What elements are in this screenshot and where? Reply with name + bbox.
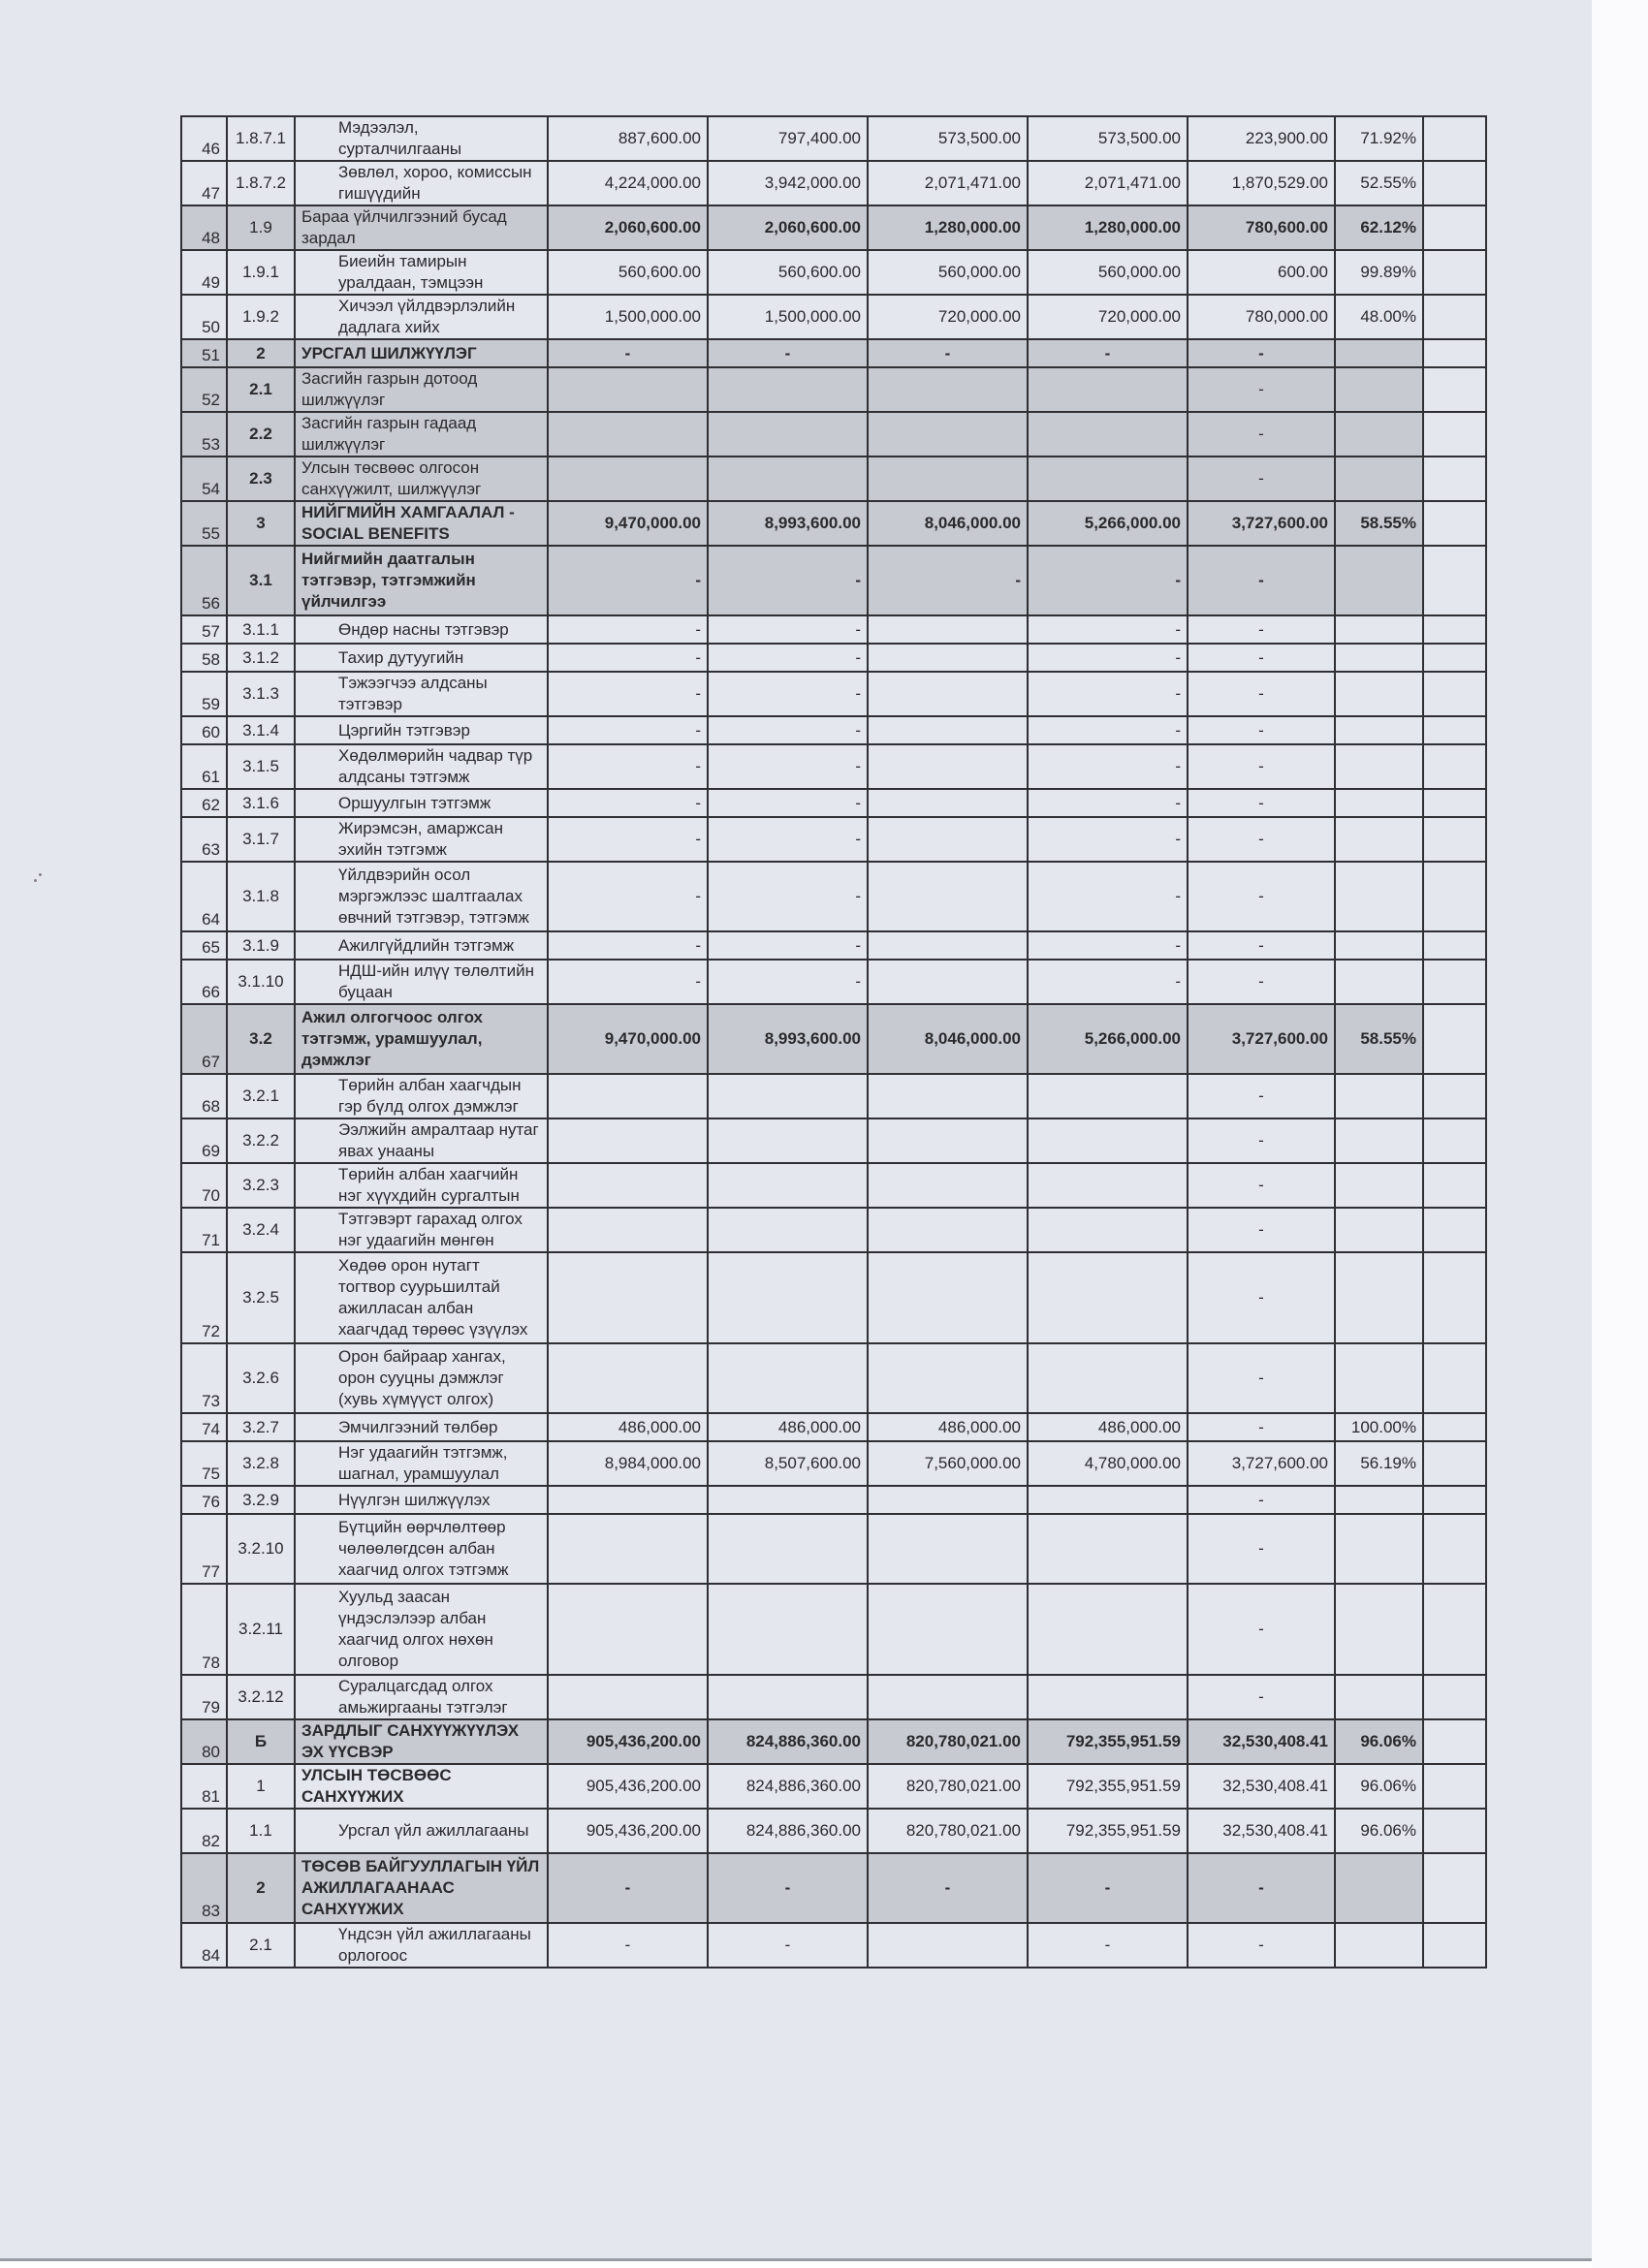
empty-cell — [1423, 1923, 1486, 1968]
row-number: 75 — [181, 1441, 227, 1486]
value-cell-1: - — [548, 716, 708, 744]
percent-cell — [1335, 789, 1423, 817]
row-code: 3.1.3 — [227, 672, 295, 716]
percent-cell — [1335, 615, 1423, 644]
value-cell-1: - — [548, 1853, 708, 1923]
value-cell-5: - — [1188, 1252, 1335, 1343]
row-code: 3.1.6 — [227, 789, 295, 817]
empty-cell — [1423, 817, 1486, 862]
value-cell-4: - — [1028, 339, 1188, 367]
row-description: УЛСЫН ТӨСВӨӨС САНХҮҮЖИХ — [295, 1764, 548, 1809]
percent-cell — [1335, 716, 1423, 744]
row-code: 1.9.1 — [227, 250, 295, 295]
value-cell-3 — [868, 716, 1028, 744]
empty-cell — [1423, 161, 1486, 205]
value-cell-2: - — [708, 931, 868, 960]
empty-cell — [1423, 295, 1486, 339]
value-cell-4: 792,355,951.59 — [1028, 1764, 1188, 1809]
value-cell-1: 4,224,000.00 — [548, 161, 708, 205]
percent-cell — [1335, 1118, 1423, 1163]
row-number: 81 — [181, 1764, 227, 1809]
row-number: 67 — [181, 1004, 227, 1074]
table-row: 773.2.10Бүтцийн өөрчлөлтөөр чөлөөлөгдсөн… — [181, 1514, 1486, 1584]
value-cell-4 — [1028, 1074, 1188, 1118]
row-description: Хөдөлмөрийн чадвар түр алдсаны тэтгэмж — [295, 744, 548, 789]
value-cell-4: 1,280,000.00 — [1028, 205, 1188, 250]
table-row: 623.1.6Оршуулгын тэтгэмж---- — [181, 789, 1486, 817]
row-code: 3.2.4 — [227, 1208, 295, 1252]
row-number: 80 — [181, 1719, 227, 1764]
row-description: Тэтгэвэрт гарахад олгох нэг удаагийн мөн… — [295, 1208, 548, 1252]
value-cell-1 — [548, 1514, 708, 1584]
row-number: 49 — [181, 250, 227, 295]
row-code: 1.9.2 — [227, 295, 295, 339]
value-cell-5: 32,530,408.41 — [1188, 1809, 1335, 1853]
row-description: Засгийн газрын гадаад шилжүүлэг — [295, 412, 548, 457]
percent-cell: 62.12% — [1335, 205, 1423, 250]
budget-table: 461.8.7.1Мэдээлэл, сурталчилгааны887,600… — [180, 115, 1487, 1969]
percent-cell — [1335, 339, 1423, 367]
value-cell-5: - — [1188, 412, 1335, 457]
value-cell-3 — [868, 1163, 1028, 1208]
row-description: ТӨСӨВ БАЙГУУЛЛАГЫН ҮЙЛ АЖИЛЛАГААНААС САН… — [295, 1853, 548, 1923]
value-cell-4 — [1028, 1514, 1188, 1584]
empty-cell — [1423, 1413, 1486, 1441]
row-description: Үндсэн үйл ажиллагааны орлогоос — [295, 1923, 548, 1968]
table-row: 593.1.3Тэжээгчээ алдсаны тэтгэвэр---- — [181, 672, 1486, 716]
row-description: Хичээл үйлдвэрлэлийн дадлага хийх — [295, 295, 548, 339]
row-number: 74 — [181, 1413, 227, 1441]
value-cell-4: 4,780,000.00 — [1028, 1441, 1188, 1486]
value-cell-1: - — [548, 1923, 708, 1968]
value-cell-4 — [1028, 1584, 1188, 1675]
row-description: Ажил олгогчоос олгох тэтгэмж, урамшуулал… — [295, 1004, 548, 1074]
table-row: 481.9Бараа үйлчилгээний бусад зардал2,06… — [181, 205, 1486, 250]
value-cell-1 — [548, 1074, 708, 1118]
row-number: 51 — [181, 339, 227, 367]
percent-cell: 99.89% — [1335, 250, 1423, 295]
value-cell-2 — [708, 1584, 868, 1675]
value-cell-1: 2,060,600.00 — [548, 205, 708, 250]
empty-cell — [1423, 1514, 1486, 1584]
table-row: 683.2.1Төрийн албан хаагчдын гэр бүлд ол… — [181, 1074, 1486, 1118]
percent-cell — [1335, 412, 1423, 457]
value-cell-5: - — [1188, 789, 1335, 817]
percent-cell — [1335, 367, 1423, 412]
value-cell-1: 905,436,200.00 — [548, 1764, 708, 1809]
row-number: 70 — [181, 1163, 227, 1208]
value-cell-2 — [708, 1163, 868, 1208]
scanned-page: 461.8.7.1Мэдээлэл, сурталчилгааны887,600… — [0, 0, 1592, 2261]
table-row: 532.2Засгийн газрын гадаад шилжүүлэг- — [181, 412, 1486, 457]
row-code: 3.1.4 — [227, 716, 295, 744]
row-description: Жирэмсэн, амаржсан эхийн тэтгэмж — [295, 817, 548, 862]
value-cell-3 — [868, 1208, 1028, 1252]
row-code: 3.1.10 — [227, 960, 295, 1004]
value-cell-2: - — [708, 817, 868, 862]
value-cell-1: 9,470,000.00 — [548, 501, 708, 546]
row-description: Бүтцийн өөрчлөлтөөр чөлөөлөгдсөн албан х… — [295, 1514, 548, 1584]
value-cell-1: - — [548, 960, 708, 1004]
value-cell-4: - — [1028, 644, 1188, 672]
percent-cell — [1335, 1514, 1423, 1584]
value-cell-5: - — [1188, 1584, 1335, 1675]
value-cell-2 — [708, 412, 868, 457]
empty-cell — [1423, 789, 1486, 817]
row-number: 61 — [181, 744, 227, 789]
value-cell-1 — [548, 412, 708, 457]
percent-cell: 71.92% — [1335, 116, 1423, 161]
row-code: 3.1.1 — [227, 615, 295, 644]
empty-cell — [1423, 644, 1486, 672]
row-description: Хөдөө орон нутагт тогтвор суурьшилтай аж… — [295, 1252, 548, 1343]
table-row: 573.1.1Өндөр насны тэтгэвэр---- — [181, 615, 1486, 644]
value-cell-1: - — [548, 672, 708, 716]
empty-cell — [1423, 1675, 1486, 1719]
row-number: 46 — [181, 116, 227, 161]
value-cell-4: 720,000.00 — [1028, 295, 1188, 339]
row-code: 2.2 — [227, 412, 295, 457]
row-code: 2.1 — [227, 1923, 295, 1968]
value-cell-4: - — [1028, 1923, 1188, 1968]
table-row: 753.2.8Нэг удаагийн тэтгэмж, шагнал, ура… — [181, 1441, 1486, 1486]
value-cell-5: 3,727,600.00 — [1188, 1441, 1335, 1486]
empty-cell — [1423, 367, 1486, 412]
row-number: 73 — [181, 1343, 227, 1413]
row-number: 76 — [181, 1486, 227, 1514]
value-cell-4 — [1028, 1208, 1188, 1252]
table-body: 461.8.7.1Мэдээлэл, сурталчилгааны887,600… — [181, 116, 1486, 1968]
percent-cell: 58.55% — [1335, 1004, 1423, 1074]
value-cell-5: 32,530,408.41 — [1188, 1719, 1335, 1764]
value-cell-5: - — [1188, 1074, 1335, 1118]
value-cell-2: 3,942,000.00 — [708, 161, 868, 205]
value-cell-3 — [868, 412, 1028, 457]
value-cell-4: - — [1028, 789, 1188, 817]
value-cell-2: 560,600.00 — [708, 250, 868, 295]
value-cell-1 — [548, 367, 708, 412]
value-cell-3 — [868, 367, 1028, 412]
row-description: Бараа үйлчилгээний бусад зардал — [295, 205, 548, 250]
value-cell-3 — [868, 1923, 1028, 1968]
value-cell-2: - — [708, 862, 868, 931]
value-cell-2: 8,993,600.00 — [708, 1004, 868, 1074]
value-cell-5: 3,727,600.00 — [1188, 501, 1335, 546]
row-description: Ажилгүйдлийн тэтгэмж — [295, 931, 548, 960]
value-cell-5: - — [1188, 1675, 1335, 1719]
value-cell-4: 573,500.00 — [1028, 116, 1188, 161]
table-row: 471.8.7.2Зөвлөл, хороо, комиссын гишүүди… — [181, 161, 1486, 205]
row-description: УРСГАЛ ШИЛЖҮҮЛЭГ — [295, 339, 548, 367]
empty-cell — [1423, 1252, 1486, 1343]
row-description: Нэг удаагийн тэтгэмж, шагнал, урамшуулал — [295, 1441, 548, 1486]
value-cell-5: 3,727,600.00 — [1188, 1004, 1335, 1074]
value-cell-2: 2,060,600.00 — [708, 205, 868, 250]
empty-cell — [1423, 960, 1486, 1004]
empty-cell — [1423, 412, 1486, 457]
value-cell-3 — [868, 615, 1028, 644]
table-row: 643.1.8Үйлдвэрийн осол мэргэжлээс шалтга… — [181, 862, 1486, 931]
percent-cell — [1335, 744, 1423, 789]
value-cell-1 — [548, 1118, 708, 1163]
value-cell-5: 1,870,529.00 — [1188, 161, 1335, 205]
row-description: Зөвлөл, хороо, комиссын гишүүдийн — [295, 161, 548, 205]
row-number: 58 — [181, 644, 227, 672]
row-code: 3.2.1 — [227, 1074, 295, 1118]
value-cell-5: - — [1188, 1514, 1335, 1584]
value-cell-1: - — [548, 546, 708, 615]
value-cell-5: - — [1188, 960, 1335, 1004]
value-cell-4: - — [1028, 546, 1188, 615]
value-cell-5: 223,900.00 — [1188, 116, 1335, 161]
percent-cell — [1335, 960, 1423, 1004]
empty-cell — [1423, 250, 1486, 295]
percent-cell — [1335, 1343, 1423, 1413]
row-code: 3 — [227, 501, 295, 546]
value-cell-4 — [1028, 1486, 1188, 1514]
row-description: Нүүлгэн шилжүүлэх — [295, 1486, 548, 1514]
table-row: 821.1Урсгал үйл ажиллагааны905,436,200.0… — [181, 1809, 1486, 1853]
value-cell-4: 5,266,000.00 — [1028, 1004, 1188, 1074]
empty-cell — [1423, 1208, 1486, 1252]
value-cell-2: - — [708, 546, 868, 615]
value-cell-4: - — [1028, 672, 1188, 716]
row-code: 3.1.5 — [227, 744, 295, 789]
value-cell-2: 1,500,000.00 — [708, 295, 868, 339]
percent-cell — [1335, 1584, 1423, 1675]
empty-cell — [1423, 1118, 1486, 1163]
row-code: 3.2.12 — [227, 1675, 295, 1719]
value-cell-2 — [708, 1514, 868, 1584]
value-cell-1 — [548, 1675, 708, 1719]
value-cell-5: - — [1188, 862, 1335, 931]
table-row: 832ТӨСӨВ БАЙГУУЛЛАГЫН ҮЙЛ АЖИЛЛАГААНААС … — [181, 1853, 1486, 1923]
value-cell-3: 486,000.00 — [868, 1413, 1028, 1441]
percent-cell — [1335, 457, 1423, 501]
table-row: 743.2.7Эмчилгээний төлбөр486,000.00486,0… — [181, 1413, 1486, 1441]
percent-cell: 100.00% — [1335, 1413, 1423, 1441]
row-description: Хуульд заасан үндэслэлээр албан хаагчид … — [295, 1584, 548, 1675]
table-row: 783.2.11Хуульд заасан үндэслэлээр албан … — [181, 1584, 1486, 1675]
value-cell-5: - — [1188, 1486, 1335, 1514]
empty-cell — [1423, 1719, 1486, 1764]
row-number: 82 — [181, 1809, 227, 1853]
row-number: 50 — [181, 295, 227, 339]
value-cell-3 — [868, 1486, 1028, 1514]
table-row: 613.1.5Хөдөлмөрийн чадвар түр алдсаны тэ… — [181, 744, 1486, 789]
value-cell-2: 8,507,600.00 — [708, 1441, 868, 1486]
value-cell-2 — [708, 457, 868, 501]
percent-cell: 96.06% — [1335, 1764, 1423, 1809]
value-cell-4: 560,000.00 — [1028, 250, 1188, 295]
scan-speck — [39, 873, 42, 876]
value-cell-5: - — [1188, 1163, 1335, 1208]
row-number: 47 — [181, 161, 227, 205]
row-description: Тахир дутуугийн — [295, 644, 548, 672]
value-cell-3: 1,280,000.00 — [868, 205, 1028, 250]
row-code: 3.1.2 — [227, 644, 295, 672]
table-row: 542.3Улсын төсвөөс олгосон санхүүжилт, ш… — [181, 457, 1486, 501]
row-description: Өндөр насны тэтгэвэр — [295, 615, 548, 644]
row-description: Суралцагсдад олгох амьжиргааны тэтгэлэг — [295, 1675, 548, 1719]
percent-cell — [1335, 817, 1423, 862]
value-cell-5: - — [1188, 931, 1335, 960]
row-code: 1.9 — [227, 205, 295, 250]
percent-cell — [1335, 1853, 1423, 1923]
value-cell-3: 720,000.00 — [868, 295, 1028, 339]
value-cell-3 — [868, 1584, 1028, 1675]
table-row: 842.1Үндсэн үйл ажиллагааны орлогоос---- — [181, 1923, 1486, 1968]
value-cell-2: 486,000.00 — [708, 1413, 868, 1441]
value-cell-4: - — [1028, 960, 1188, 1004]
row-number: 71 — [181, 1208, 227, 1252]
value-cell-3 — [868, 789, 1028, 817]
row-description: ЗАРДЛЫГ САНХҮҮЖҮҮЛЭХ ЭХ ҮҮСВЭР — [295, 1719, 548, 1764]
value-cell-4: - — [1028, 862, 1188, 931]
value-cell-3 — [868, 960, 1028, 1004]
value-cell-4: - — [1028, 931, 1188, 960]
value-cell-5: 780,600.00 — [1188, 205, 1335, 250]
value-cell-5: - — [1188, 1923, 1335, 1968]
value-cell-3: - — [868, 546, 1028, 615]
value-cell-3: 820,780,021.00 — [868, 1809, 1028, 1853]
value-cell-1: - — [548, 644, 708, 672]
empty-cell — [1423, 672, 1486, 716]
empty-cell — [1423, 457, 1486, 501]
scanner-margin — [1592, 0, 1648, 2268]
row-number: 52 — [181, 367, 227, 412]
row-number: 72 — [181, 1252, 227, 1343]
row-number: 59 — [181, 672, 227, 716]
value-cell-1: 887,600.00 — [548, 116, 708, 161]
value-cell-2 — [708, 1675, 868, 1719]
value-cell-3 — [868, 1074, 1028, 1118]
value-cell-4: 2,071,471.00 — [1028, 161, 1188, 205]
value-cell-4 — [1028, 1343, 1188, 1413]
value-cell-1: 9,470,000.00 — [548, 1004, 708, 1074]
empty-cell — [1423, 501, 1486, 546]
row-number: 57 — [181, 615, 227, 644]
value-cell-4: - — [1028, 817, 1188, 862]
row-code: 1.8.7.2 — [227, 161, 295, 205]
value-cell-1: - — [548, 744, 708, 789]
table-row: 703.2.3Төрийн албан хаагчийн нэг хүүхдий… — [181, 1163, 1486, 1208]
value-cell-5: - — [1188, 1118, 1335, 1163]
value-cell-3 — [868, 1118, 1028, 1163]
row-code: 2 — [227, 1853, 295, 1923]
row-number: 77 — [181, 1514, 227, 1584]
row-number: 78 — [181, 1584, 227, 1675]
table-row: 811УЛСЫН ТӨСВӨӨС САНХҮҮЖИХ905,436,200.00… — [181, 1764, 1486, 1809]
empty-cell — [1423, 116, 1486, 161]
empty-cell — [1423, 1004, 1486, 1074]
row-description: Урсгал үйл ажиллагааны — [295, 1809, 548, 1853]
percent-cell: 56.19% — [1335, 1441, 1423, 1486]
row-code: 3.2.5 — [227, 1252, 295, 1343]
row-number: 84 — [181, 1923, 227, 1968]
table-row: 793.2.12Суралцагсдад олгох амьжиргааны т… — [181, 1675, 1486, 1719]
row-number: 54 — [181, 457, 227, 501]
value-cell-5: - — [1188, 457, 1335, 501]
value-cell-5: - — [1188, 367, 1335, 412]
value-cell-3 — [868, 817, 1028, 862]
value-cell-2 — [708, 1252, 868, 1343]
value-cell-4 — [1028, 1675, 1188, 1719]
value-cell-4: - — [1028, 615, 1188, 644]
row-number: 68 — [181, 1074, 227, 1118]
empty-cell — [1423, 1163, 1486, 1208]
percent-cell — [1335, 1923, 1423, 1968]
value-cell-2: - — [708, 716, 868, 744]
row-description: Орон байраар хангах, орон сууцны дэмжлэг… — [295, 1343, 548, 1413]
value-cell-3: 7,560,000.00 — [868, 1441, 1028, 1486]
row-number: 64 — [181, 862, 227, 931]
row-code: 3.1.7 — [227, 817, 295, 862]
table-row: 763.2.9Нүүлгэн шилжүүлэх- — [181, 1486, 1486, 1514]
value-cell-2: 824,886,360.00 — [708, 1719, 868, 1764]
value-cell-3: 820,780,021.00 — [868, 1719, 1028, 1764]
empty-cell — [1423, 931, 1486, 960]
percent-cell — [1335, 1675, 1423, 1719]
value-cell-2: 797,400.00 — [708, 116, 868, 161]
value-cell-3: - — [868, 339, 1028, 367]
value-cell-3 — [868, 457, 1028, 501]
value-cell-1 — [548, 1252, 708, 1343]
row-code: 2.1 — [227, 367, 295, 412]
value-cell-5: - — [1188, 817, 1335, 862]
row-code: 3.2 — [227, 1004, 295, 1074]
value-cell-2: - — [708, 744, 868, 789]
value-cell-4: 792,355,951.59 — [1028, 1809, 1188, 1853]
percent-cell — [1335, 644, 1423, 672]
value-cell-5: - — [1188, 1853, 1335, 1923]
value-cell-5: 780,000.00 — [1188, 295, 1335, 339]
value-cell-4 — [1028, 457, 1188, 501]
row-code: 1 — [227, 1764, 295, 1809]
value-cell-1: 1,500,000.00 — [548, 295, 708, 339]
value-cell-4: - — [1028, 716, 1188, 744]
value-cell-2: - — [708, 1923, 868, 1968]
row-code: 3.2.11 — [227, 1584, 295, 1675]
value-cell-1: - — [548, 339, 708, 367]
row-code: 3.2.8 — [227, 1441, 295, 1486]
value-cell-5: - — [1188, 716, 1335, 744]
row-number: 60 — [181, 716, 227, 744]
value-cell-1 — [548, 1208, 708, 1252]
percent-cell — [1335, 546, 1423, 615]
row-code: Б — [227, 1719, 295, 1764]
percent-cell: 96.06% — [1335, 1809, 1423, 1853]
value-cell-4: - — [1028, 1853, 1188, 1923]
value-cell-2: 8,993,600.00 — [708, 501, 868, 546]
value-cell-2: - — [708, 644, 868, 672]
empty-cell — [1423, 1584, 1486, 1675]
value-cell-3: - — [868, 1853, 1028, 1923]
row-code: 2 — [227, 339, 295, 367]
table-row: 633.1.7Жирэмсэн, амаржсан эхийн тэтгэмж-… — [181, 817, 1486, 862]
value-cell-1 — [548, 457, 708, 501]
row-description: Ээлжийн амралтаар нутаг явах унааны — [295, 1118, 548, 1163]
value-cell-2: - — [708, 789, 868, 817]
row-number: 62 — [181, 789, 227, 817]
table-row: 80БЗАРДЛЫГ САНХҮҮЖҮҮЛЭХ ЭХ ҮҮСВЭР905,436… — [181, 1719, 1486, 1764]
empty-cell — [1423, 744, 1486, 789]
value-cell-1: - — [548, 615, 708, 644]
value-cell-4 — [1028, 1252, 1188, 1343]
table-row: 693.2.2Ээлжийн амралтаар нутаг явах унаа… — [181, 1118, 1486, 1163]
value-cell-4: - — [1028, 744, 1188, 789]
table-row: 461.8.7.1Мэдээлэл, сурталчилгааны887,600… — [181, 116, 1486, 161]
